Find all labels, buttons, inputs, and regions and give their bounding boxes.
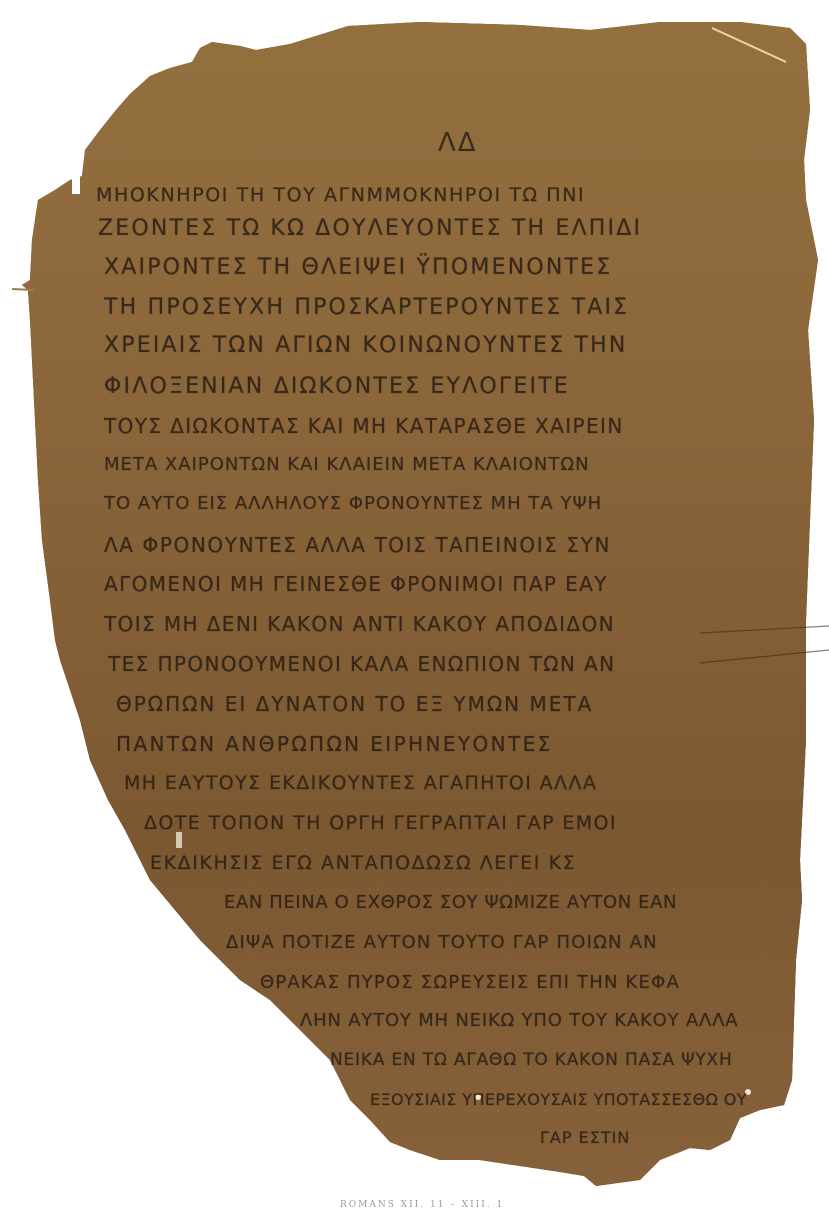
text-line: ΧΑΙΡΟΝΤΕΣ ΤΗ ΘΛΕΙΨΕΙ ΫΠΟΜΕΝΟΝΤΕΣ xyxy=(104,255,612,280)
text-line: ΤΟΙΣ ΜΗ ΔΕΝΙ ΚΑΚΟΝ ΑΝΤΙ ΚΑΚΟΥ ΑΠΟΔΙΔΟΝ xyxy=(104,612,615,636)
text-line: ΕΚΔΙΚΗΣΙΣ ΕΓΩ ΑΝΤΑΠΟΔΩΣΩ ΛΕΓΕΙ ΚΣ xyxy=(150,852,576,874)
text-line: ΘΡΩΠΩΝ ΕΙ ΔΥΝΑΤΟΝ ΤΟ ΕΞ ΥΜΩΝ ΜΕΤΑ xyxy=(116,692,593,716)
text-line: ΠΑΝΤΩΝ ΑΝΘΡΩΠΩΝ ΕΙΡΗΝΕΥΟΝΤΕΣ xyxy=(116,732,553,756)
text-line: ΤΟ ΑΥΤΟ ΕΙΣ ΑΛΛΗΛΟΥΣ ΦΡΟΝΟΥΝΤΕΣ ΜΗ ΤΑ ΥΨ… xyxy=(104,493,602,514)
text-line: ΕΑΝ ΠΕΙΝΑ Ο ΕΧΘΡΟΣ ΣΟΥ ΨΩΜΙΖΕ ΑΥΤΟΝ ΕΑΝ xyxy=(224,892,677,913)
papyrus-fragment xyxy=(0,0,829,1214)
caption: ROMANS XII. 11 – XIII. 1 xyxy=(340,1200,504,1210)
text-line: ΛΗΝ ΑΥΤΟΥ ΜΗ ΝΕΙΚΩ ΥΠΟ ΤΟΥ ΚΑΚΟΥ ΑΛΛΑ xyxy=(300,1010,738,1031)
text-line: ΦΙΛΟΞΕΝΙΑΝ ΔΙΩΚΟΝΤΕΣ ΕΥΛΟΓΕΙΤΕ xyxy=(104,374,570,399)
text-line: ΜΕΤΑ ΧΑΙΡΟΝΤΩΝ ΚΑΙ ΚΛΑΙΕΙΝ ΜΕΤΑ ΚΛΑΙΟΝΤΩ… xyxy=(104,454,590,475)
text-line: ΛΑ ΦΡΟΝΟΥΝΤΕΣ ΑΛΛΑ ΤΟΙΣ ΤΑΠΕΙΝΟΙΣ ΣΥΝ xyxy=(104,533,611,557)
text-line: ΘΡΑΚΑΣ ΠΥΡΟΣ ΣΩΡΕΥΣΕΙΣ ΕΠΙ ΤΗΝ ΚΕΦΑ xyxy=(260,972,680,993)
text-line: ΝΕΙΚΑ ΕΝ ΤΩ ΑΓΑΘΩ ΤΟ ΚΑΚΟΝ ΠΑΣΑ ΨΥΧΗ xyxy=(330,1050,733,1070)
text-line: ΜΗΟΚΝΗΡΟΙ ΤΗ ΤΟΥ ΑΓΝΜΜΟΚΝΗΡΟΙ ΤΩ ΠΝΙ xyxy=(96,184,585,206)
image-stage: ΛΔ ΜΗΟΚΝΗΡΟΙ ΤΗ ΤΟΥ ΑΓΝΜΜΟΚΝΗΡΟΙ ΤΩ ΠΝΙ … xyxy=(0,0,829,1214)
text-line: ΖΕΟΝΤΕΣ ΤΩ ΚΩ ΔΟΥΛΕΥΟΝΤΕΣ ΤΗ ΕΛΠΙΔΙ xyxy=(98,216,642,241)
text-line: ΜΗ ΕΑΥΤΟΥΣ ΕΚΔΙΚΟΥΝΤΕΣ ΑΓΑΠΗΤΟΙ ΑΛΛΑ xyxy=(124,772,597,794)
text-line: ΤΕΣ ΠΡΟΝΟΟΥΜΕΝΟΙ ΚΑΛΑ ΕΝΩΠΙΟΝ ΤΩΝ ΑΝ xyxy=(108,652,615,676)
text-line: ΧΡΕΙΑΙΣ ΤΩΝ ΑΓΙΩΝ ΚΟΙΝΩΝΟΥΝΤΕΣ ΤΗΝ xyxy=(104,333,628,358)
text-line: ΑΓΟΜΕΝΟΙ ΜΗ ΓΕΙΝΕΣΘΕ ΦΡΟΝΙΜΟΙ ΠΑΡ ΕΑΥ xyxy=(104,572,608,596)
text-line: ΕΞΟΥΣΙΑΙΣ ΥΠΕΡΕΧΟΥΣΑΙΣ ΥΠΟΤΑΣΣΕΣΘΩ ΟΥ xyxy=(370,1090,747,1109)
text-line: ΓΑΡ ΕΣΤΙΝ xyxy=(540,1128,630,1147)
text-line: ΤΟΥΣ ΔΙΩΚΟΝΤΑΣ ΚΑΙ ΜΗ ΚΑΤΑΡΑΣΘΕ ΧΑΙΡΕΙΝ xyxy=(104,414,624,438)
text-line: ΔΟΤΕ ΤΟΠΟΝ ΤΗ ΟΡΓΗ ΓΕΓΡΑΠΤΑΙ ΓΑΡ ΕΜΟΙ xyxy=(144,812,617,834)
text-line: ΤΗ ΠΡΟΣΕΥΧΗ ΠΡΟΣΚΑΡΤΕΡΟΥΝΤΕΣ ΤΑΙΣ xyxy=(104,295,629,320)
page-number: ΛΔ xyxy=(438,128,478,158)
text-line: ΔΙΨΑ ΠΟΤΙΖΕ ΑΥΤΟΝ ΤΟΥΤΟ ΓΑΡ ΠΟΙΩΝ ΑΝ xyxy=(226,932,658,953)
